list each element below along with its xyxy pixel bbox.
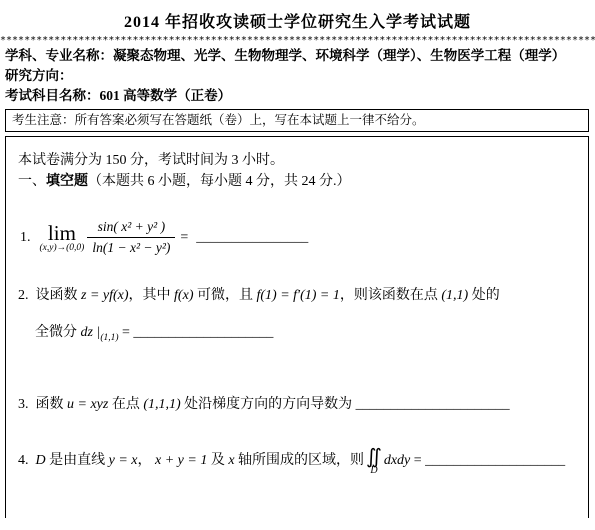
question-3-text: 函数 u = xyz 在点 (1,1,1) 处沿梯度方向的方向导数为 _____… [36, 397, 510, 412]
fraction: sin( x² + y² ) ln(1 − x² − y²) [87, 219, 175, 256]
question-2-line-2: 全微分 dz |(1,1) = ____________________ [18, 323, 576, 348]
section-description: （本题共 6 小题，每小题 4 分，共 24 分.） [88, 174, 351, 189]
research-direction-line: 研究方向： [5, 66, 595, 86]
question-2-line-1: 2.设函数 z = yf(x)，其中 f(x) 可微，且 f(1) = f′(1… [18, 286, 576, 306]
candidate-notice-box: 考生注意：所有答案必须写在答题纸（卷）上，写在本试题上一律不给分。 [5, 109, 589, 132]
fraction-numerator: sin( x² + y² ) [87, 219, 175, 238]
question-3: 3.函数 u = xyz 在点 (1,1,1) 处沿梯度方向的方向导数为 ___… [18, 395, 576, 415]
fraction-denominator: ln(1 − x² − y²) [87, 238, 175, 256]
question-1: 1. lim (x,y)→(0,0) sin( x² + y² ) ln(1 −… [20, 219, 576, 256]
question-4-text-after: dxdy = ____________________ [384, 451, 565, 471]
double-integral-icon: ∬ [366, 446, 382, 466]
limit-subscript: (x,y)→(0,0) [40, 243, 85, 253]
asterisk-divider: ****************************************… [0, 35, 595, 46]
equals-sign: = [180, 230, 188, 246]
answer-blank-1: ________________ [196, 230, 308, 246]
question-2-number: 2. [18, 288, 29, 303]
question-4-number: 4. [18, 451, 29, 471]
limit-word: lim [40, 223, 85, 243]
section-prefix: 一、 [18, 174, 46, 189]
question-1-number: 1. [20, 230, 31, 246]
question-2: 2.设函数 z = yf(x)，其中 f(x) 可微，且 f(1) = f′(1… [18, 286, 576, 348]
subject-major-line: 学科、专业名称：凝聚态物理、光学、生物物理学、环境科学（理学）、生物医学工程（理… [5, 46, 595, 66]
double-integral-domain: D [370, 466, 377, 476]
exam-paper: 2014 年招收攻读硕士学位研究生入学考试试题 ****************… [0, 0, 595, 530]
double-integral: ∬ D [366, 446, 382, 476]
question-2-text: 设函数 z = yf(x)，其中 f(x) 可微，且 f(1) = f′(1) … [36, 288, 500, 303]
exam-intro: 本试卷满分为 150 分，考试时间为 3 小时。 [18, 150, 576, 171]
question-4: 4. D 是由直线 y = x， x + y = 1 及 x 轴所围成的区域，则… [18, 446, 576, 476]
course-name-line: 考试科目名称：601 高等数学（正卷） [5, 86, 595, 106]
section-heading: 一、填空题（本题共 6 小题，每小题 4 分，共 24 分.） [18, 171, 576, 192]
page-title: 2014 年招收攻读硕士学位研究生入学考试试题 [0, 0, 595, 32]
section-title: 填空题 [46, 174, 88, 189]
question-3-number: 3. [18, 397, 29, 412]
limit-operator: lim (x,y)→(0,0) [40, 223, 85, 253]
candidate-notice-text: 考生注意：所有答案必须写在答题纸（卷）上，写在本试题上一律不给分。 [12, 113, 425, 127]
exam-body: 本试卷满分为 150 分，考试时间为 3 小时。 一、填空题（本题共 6 小题，… [5, 136, 589, 518]
question-4-text-before: D 是由直线 y = x， x + y = 1 及 x 轴所围成的区域，则 [36, 451, 365, 471]
